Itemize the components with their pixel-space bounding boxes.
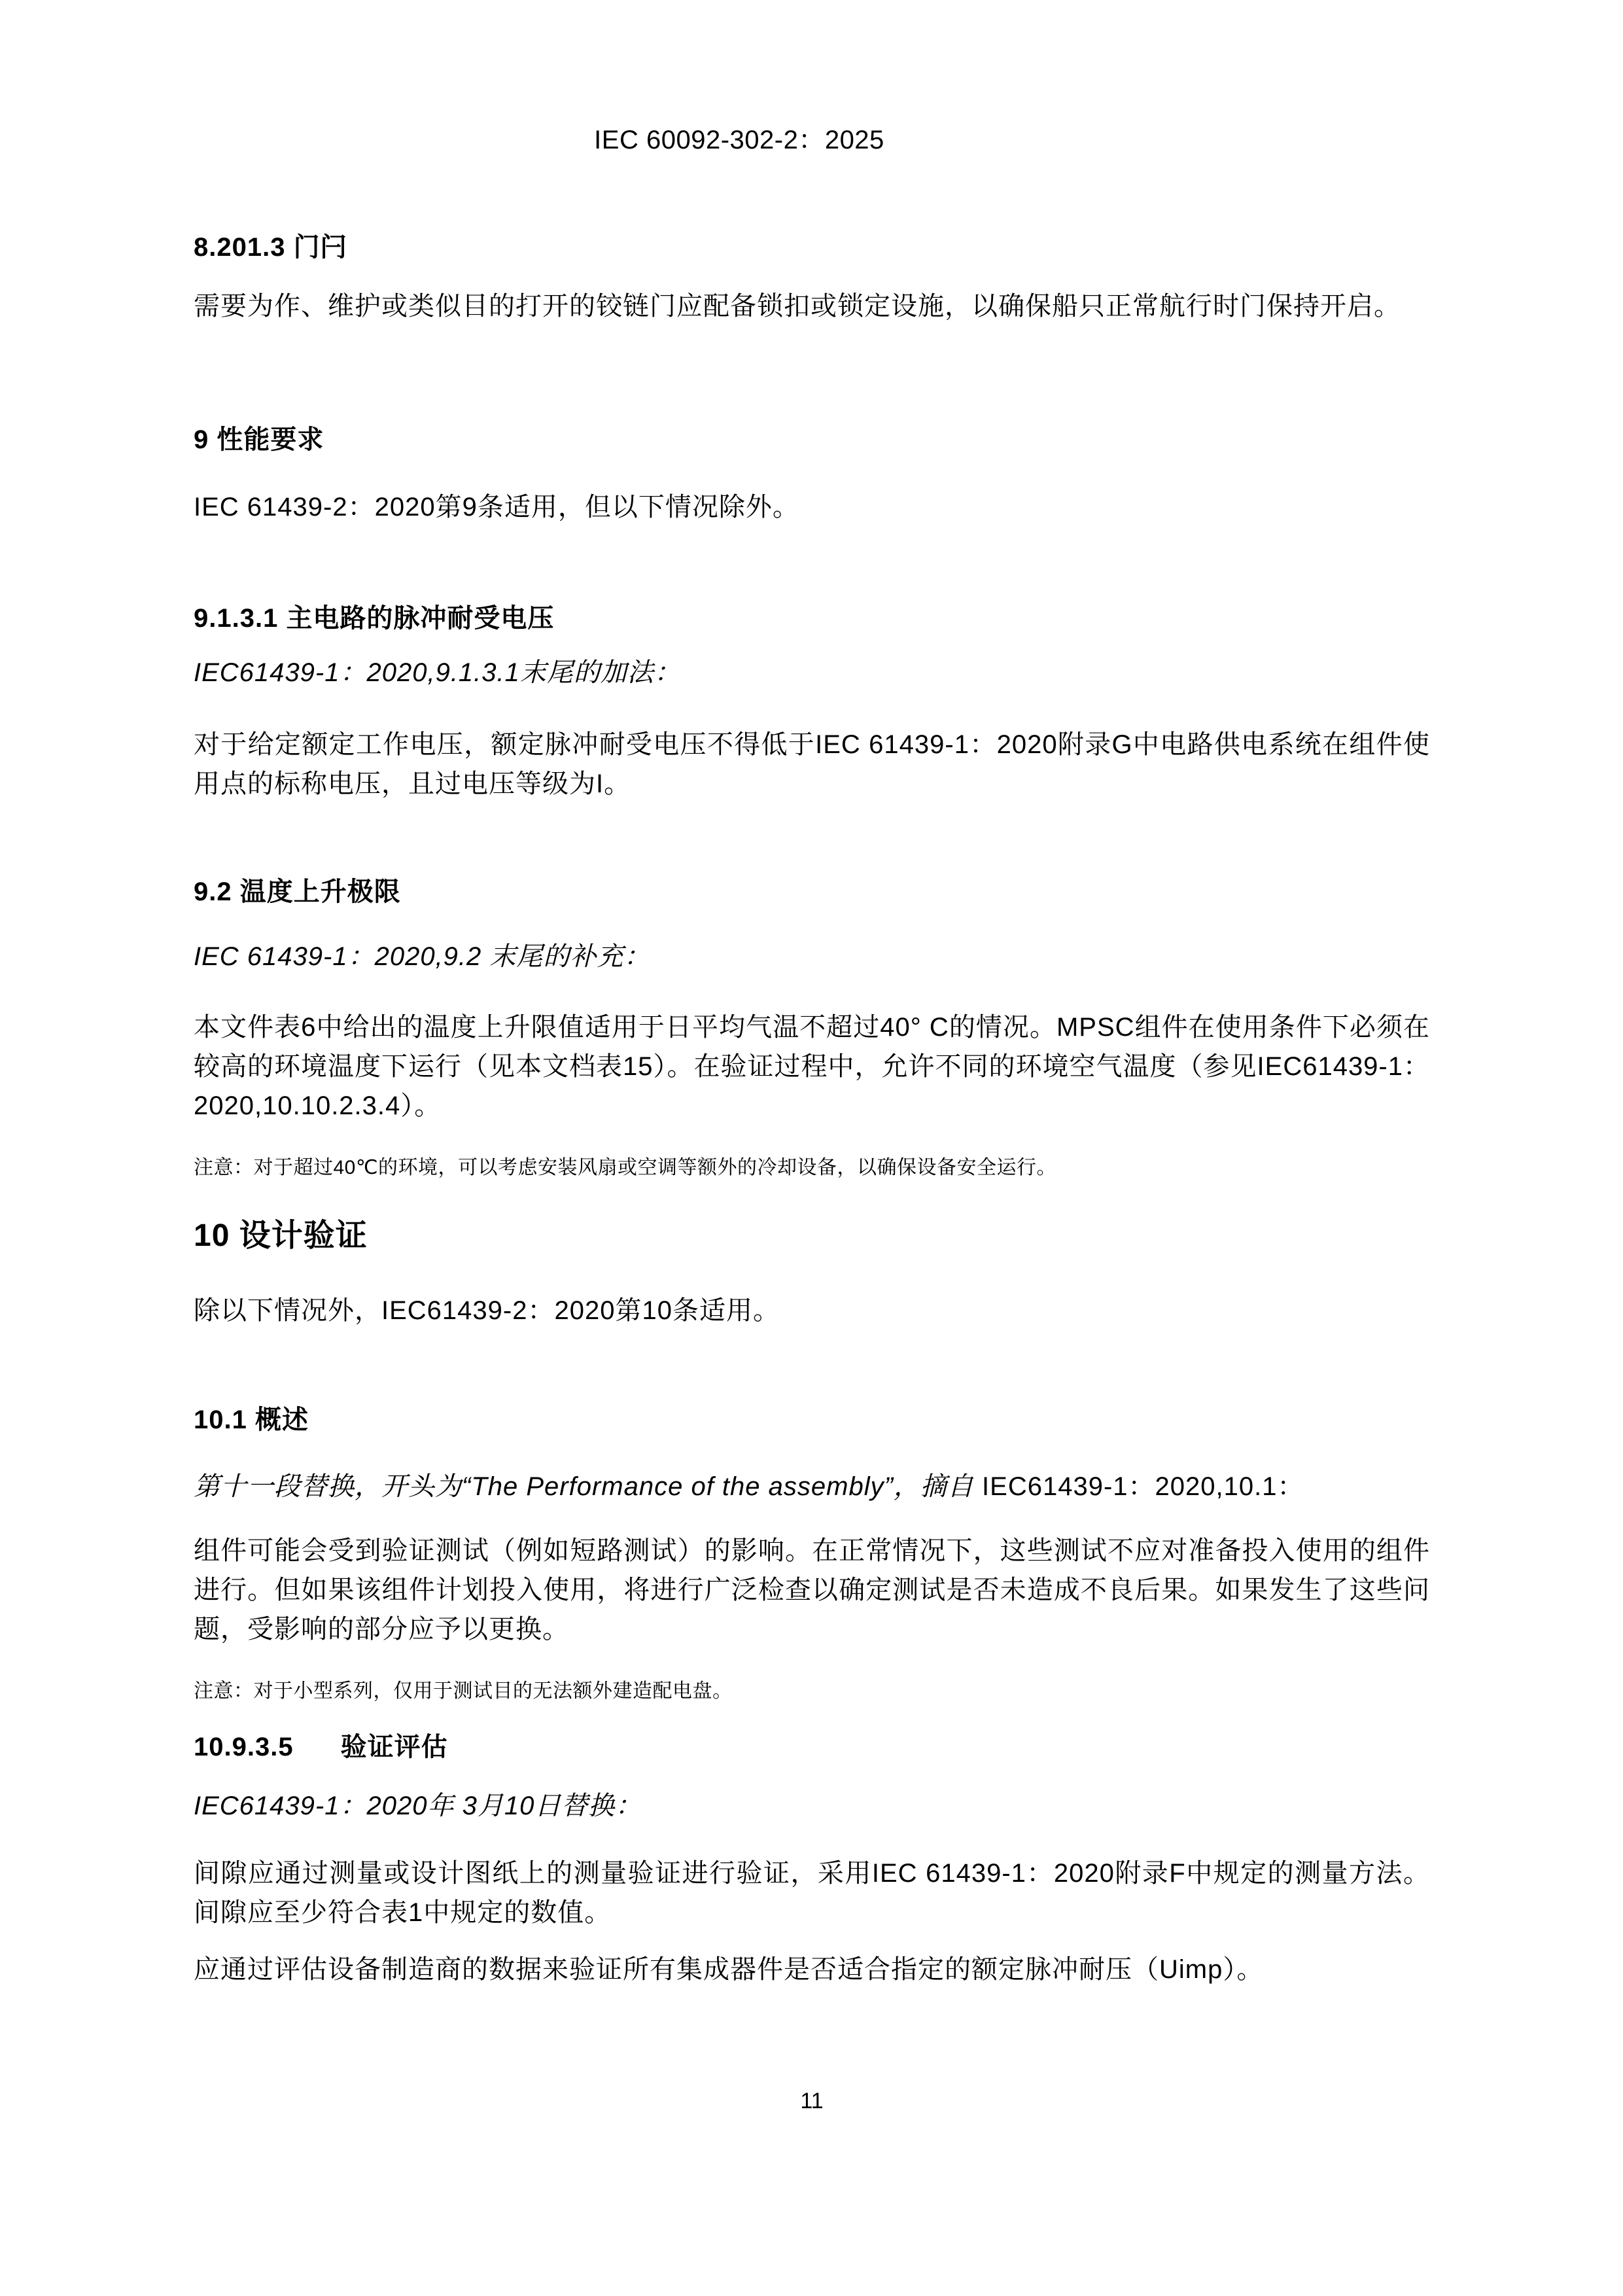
reference-note-10-9-3-5: IEC61439-1：2020年 3月10日替换： bbox=[194, 1786, 1430, 1826]
document-page: IEC 60092-302-2：2025 8.201.3 门闩 需要为作、维护或… bbox=[0, 0, 1623, 2296]
heading-9: 9 性能要求 bbox=[194, 423, 1430, 456]
heading-10-9-3-5: 10.9.3.5验证评估 bbox=[194, 1731, 1430, 1763]
paragraph-10: 除以下情况外，IEC61439-2：2020第10条适用。 bbox=[194, 1291, 1430, 1330]
paragraph-10-9-3-5-b: 应通过评估设备制造商的数据来验证所有集成器件是否适合指定的额定脉冲耐压（Uimp… bbox=[194, 1950, 1430, 1989]
heading-10-1: 10.1 概述 bbox=[194, 1404, 1430, 1436]
paragraph-9: IEC 61439-2：2020第9条适用，但以下情况除外。 bbox=[194, 487, 1430, 527]
heading-9-2: 9.2 温度上升极限 bbox=[194, 875, 1430, 908]
note-10-1: 注意：对于小型系列，仅用于测试目的无法额外建造配电盘。 bbox=[194, 1678, 1430, 1704]
paragraph-10-1: 组件可能会受到验证测试（例如短路测试）的影响。在正常情况下，这些测试不应对准备投… bbox=[194, 1531, 1430, 1649]
paragraph-9-2: 本文件表6中给出的温度上升限值适用于日平均气温不超过40° C的情况。MPSC组… bbox=[194, 1008, 1430, 1125]
reference-note-9-2: IEC 61439-1：2020,9.2 末尾的补充： bbox=[194, 937, 1430, 976]
page-number: 11 bbox=[194, 2087, 1430, 2115]
paragraph-9-1-3-1: 对于给定额定工作电压，额定脉冲耐受电压不得低于IEC 61439-1：2020附… bbox=[194, 725, 1430, 804]
heading-9-1-3-1: 9.1.3.1 主电路的脉冲耐受电压 bbox=[194, 602, 1430, 635]
page-content: IEC 60092-302-2：2025 8.201.3 门闩 需要为作、维护或… bbox=[194, 124, 1430, 2115]
reference-note-9-1-3-1: IEC61439-1：2020,9.1.3.1末尾的加法： bbox=[194, 653, 1430, 692]
heading-10-9-3-5-number: 10.9.3.5 bbox=[194, 1733, 294, 1761]
reference-note-10-1: 第十一段替换，开头为“The Performance of the assemb… bbox=[194, 1467, 1430, 1506]
heading-10: 10 设计验证 bbox=[194, 1217, 1430, 1255]
paragraph-10-9-3-5-a: 间隙应通过测量或设计图纸上的测量验证进行验证，采用IEC 61439-1：202… bbox=[194, 1854, 1430, 1932]
running-header: IEC 60092-302-2：2025 bbox=[121, 124, 1357, 156]
heading-8-201-3: 8.201.3 门闩 bbox=[194, 231, 1430, 264]
heading-10-9-3-5-title: 验证评估 bbox=[341, 1733, 448, 1761]
reference-note-10-1-regular-part: IEC61439-1：2020,10.1： bbox=[982, 1472, 1304, 1501]
note-9-2: 注意：对于超过40℃的环境，可以考虑安装风扇或空调等额外的冷却设备，以确保设备安… bbox=[194, 1155, 1430, 1181]
paragraph-8-201-3: 需要为作、维护或类似目的打开的铰链门应配备锁扣或锁定设施，以确保船只正常航行时门… bbox=[194, 287, 1430, 326]
reference-note-10-1-italic-part: 第十一段替换，开头为“The Performance of the assemb… bbox=[194, 1472, 982, 1501]
